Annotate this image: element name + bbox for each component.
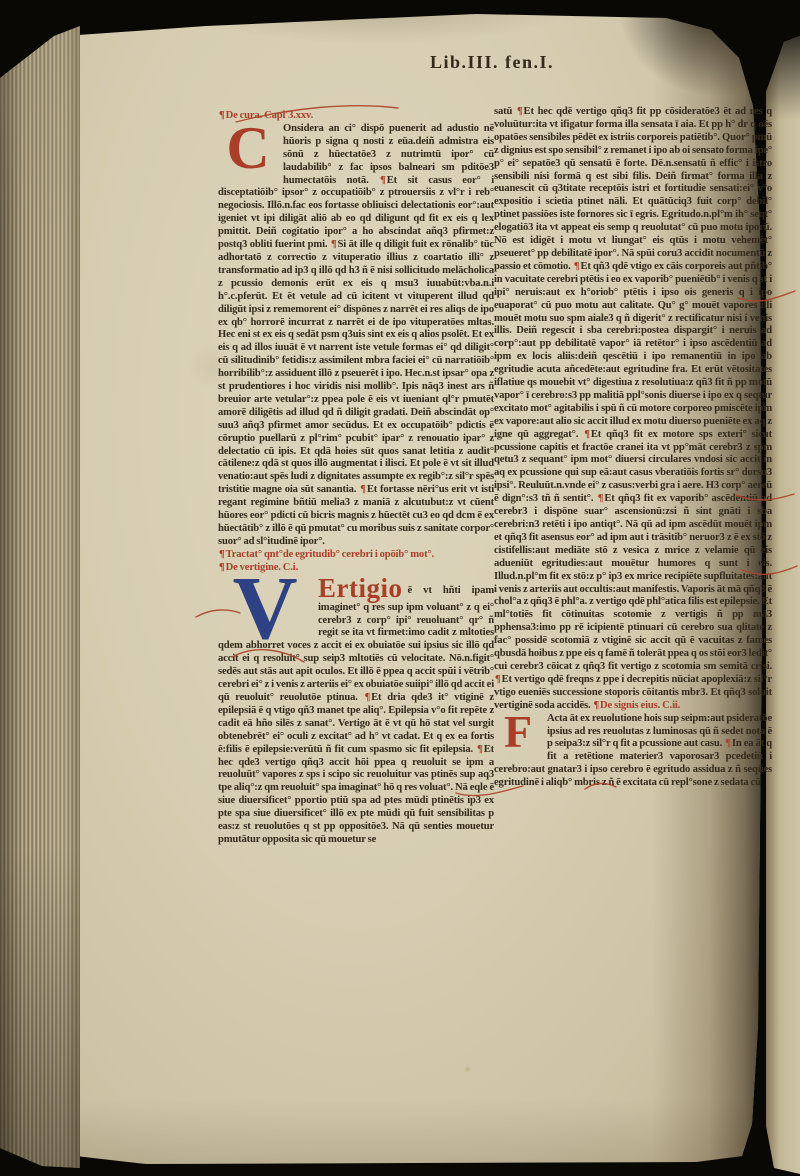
paragraph-mark: ¶ (573, 261, 581, 272)
chapter-heading: ¶De cura. Capl'3.xxv. (218, 110, 494, 123)
paragraph-mark: ¶ (218, 110, 226, 121)
text-column-left: ¶De cura. Capl'3.xxv.COnsidera an ci° di… (218, 110, 494, 928)
drop-cap-initial: C (218, 124, 278, 175)
chapter-heading: ¶Tractat° qnt°de egritudib° cerebri i op… (218, 549, 494, 562)
paragraph-mark: ¶ (476, 744, 484, 755)
book-page-photo: Lib.III. fen.I. ¶De cura. Capl'3.xxv.COn… (0, 0, 800, 1176)
paragraph: COnsidera an ci° dispō puenerit ad adust… (218, 123, 494, 549)
paragraph: VErtigioē vt hñti ipam imaginet° q res s… (218, 575, 494, 847)
paragraph-mark: ¶ (516, 106, 524, 117)
running-header: Lib.III. fen.I. (430, 52, 554, 73)
paragraph-mark: ¶ (330, 239, 338, 250)
chapter-heading-inline: ¶De signis eius. C.ii. (592, 700, 680, 711)
paragraph-mark: ¶ (359, 484, 367, 495)
paragraph: satū ¶Et hec qdē vertigo qñq3 fit pp cōs… (494, 106, 772, 713)
drop-cap-initial: V (218, 576, 312, 640)
paragraph-mark: ¶ (364, 692, 372, 703)
paragraph-mark: ¶ (583, 429, 591, 440)
paragraph-mark: ¶ (379, 175, 387, 186)
paragraph-mark: ¶ (592, 700, 600, 711)
rubric-display-word: Ertigio (318, 573, 408, 603)
paragraph-mark: ¶ (597, 493, 605, 504)
text-column-right: satū ¶Et hec qdē vertigo qñq3 fit pp cōs… (494, 106, 772, 930)
paragraph-mark: ¶ (218, 562, 226, 573)
paragraph-mark: ¶ (724, 738, 732, 749)
paragraph-mark: ¶ (218, 549, 226, 560)
book-fore-edge (0, 26, 80, 1168)
paragraph: FActa āt ex reuolutione hois sup seipm:a… (494, 713, 772, 790)
paragraph-mark: ¶ (494, 674, 502, 685)
drop-cap-initial: F (494, 713, 542, 752)
